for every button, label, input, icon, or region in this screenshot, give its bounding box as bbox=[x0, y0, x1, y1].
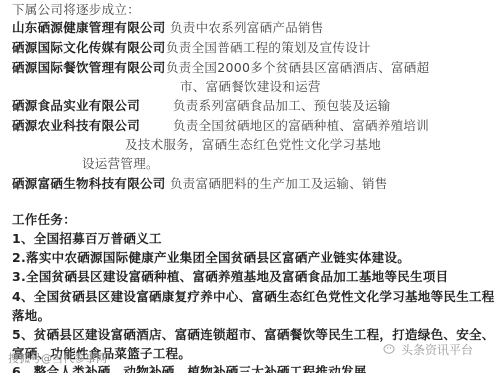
task-item: 3.全国贫硒县区建设富硒种植、富硒养殖基地及富硒食品加工基地等民生项目 bbox=[12, 269, 448, 285]
company-name: 硒源国际餐饮管理有限公司 bbox=[12, 60, 166, 75]
wechat-icon bbox=[383, 343, 397, 355]
company-row: 硒源富硒生物科技有限公司 负责富硒肥料的生产加工及运输、销售 bbox=[12, 176, 166, 192]
company-desc: 负责全国2000多个贫硒县区富硒酒店、富硒超 bbox=[166, 60, 429, 76]
company-desc-cont: 设运营管理。 bbox=[82, 156, 159, 172]
watermark-right: 头条资讯平台 bbox=[383, 341, 473, 358]
company-row: 硒源食品实业有限公司 负责系列富硒食品加工、预包装及运输 bbox=[12, 98, 140, 114]
company-desc-cont: 市、富硒餐饮建设和运营 bbox=[180, 79, 321, 95]
intro-text: 下属公司将逐步成立： bbox=[12, 2, 140, 18]
company-desc: 负责系列富硒食品加工、预包装及运输 bbox=[173, 98, 391, 114]
company-name: 硒源国际文化传媒有限公司 bbox=[12, 40, 166, 55]
company-desc: 负责全国贫硒地区的富硒种植、富硒养殖培训 bbox=[173, 118, 429, 134]
tasks-heading: 工作任务： bbox=[12, 212, 76, 228]
company-row: 硒源国际文化传媒有限公司 负责全国普硒工程的策划及宣传设计 bbox=[12, 40, 166, 56]
company-desc: 负责全国普硒工程的策划及宣传设计 bbox=[166, 40, 371, 56]
company-name: 硒源富硒生物科技有限公司 bbox=[12, 176, 166, 191]
task-item: 2.落实中农硒源国际健康产业集团全国贫硒县区富硒产业链实体建设。 bbox=[12, 250, 410, 266]
task-item: 落地。 bbox=[12, 308, 50, 324]
company-name: 硒源农业科技有限公司 bbox=[12, 118, 140, 133]
task-item: 1、全国招募百万普硒义工 bbox=[12, 231, 162, 247]
company-row: 山东硒源健康管理有限公司 负责中农系列富硒产品销售 bbox=[12, 20, 166, 36]
company-row: 硒源农业科技有限公司 负责全国贫硒地区的富硒种植、富硒养殖培训 bbox=[12, 118, 140, 134]
company-name: 硒源食品实业有限公司 bbox=[12, 98, 140, 113]
company-desc: 负责富硒肥料的生产加工及运输、销售 bbox=[170, 176, 388, 192]
watermark-right-text: 头条资讯平台 bbox=[401, 343, 473, 357]
company-desc-cont: 及技术服务，富硒生态红色党性文化学习基地 bbox=[125, 137, 381, 153]
company-row: 硒源国际餐饮管理有限公司 负责全国2000多个贫硒县区富硒酒店、富硒超 bbox=[12, 60, 166, 76]
watermark-left: 搜狐号@当代参事网 bbox=[8, 350, 107, 366]
task-item: 4、全国贫硒县区建设富硒康复疗养中心、富硒生态红色党性文化学习基地等民生工程 bbox=[12, 289, 495, 305]
company-name: 山东硒源健康管理有限公司 bbox=[12, 20, 166, 35]
company-desc: 负责中农系列富硒产品销售 bbox=[170, 20, 324, 36]
